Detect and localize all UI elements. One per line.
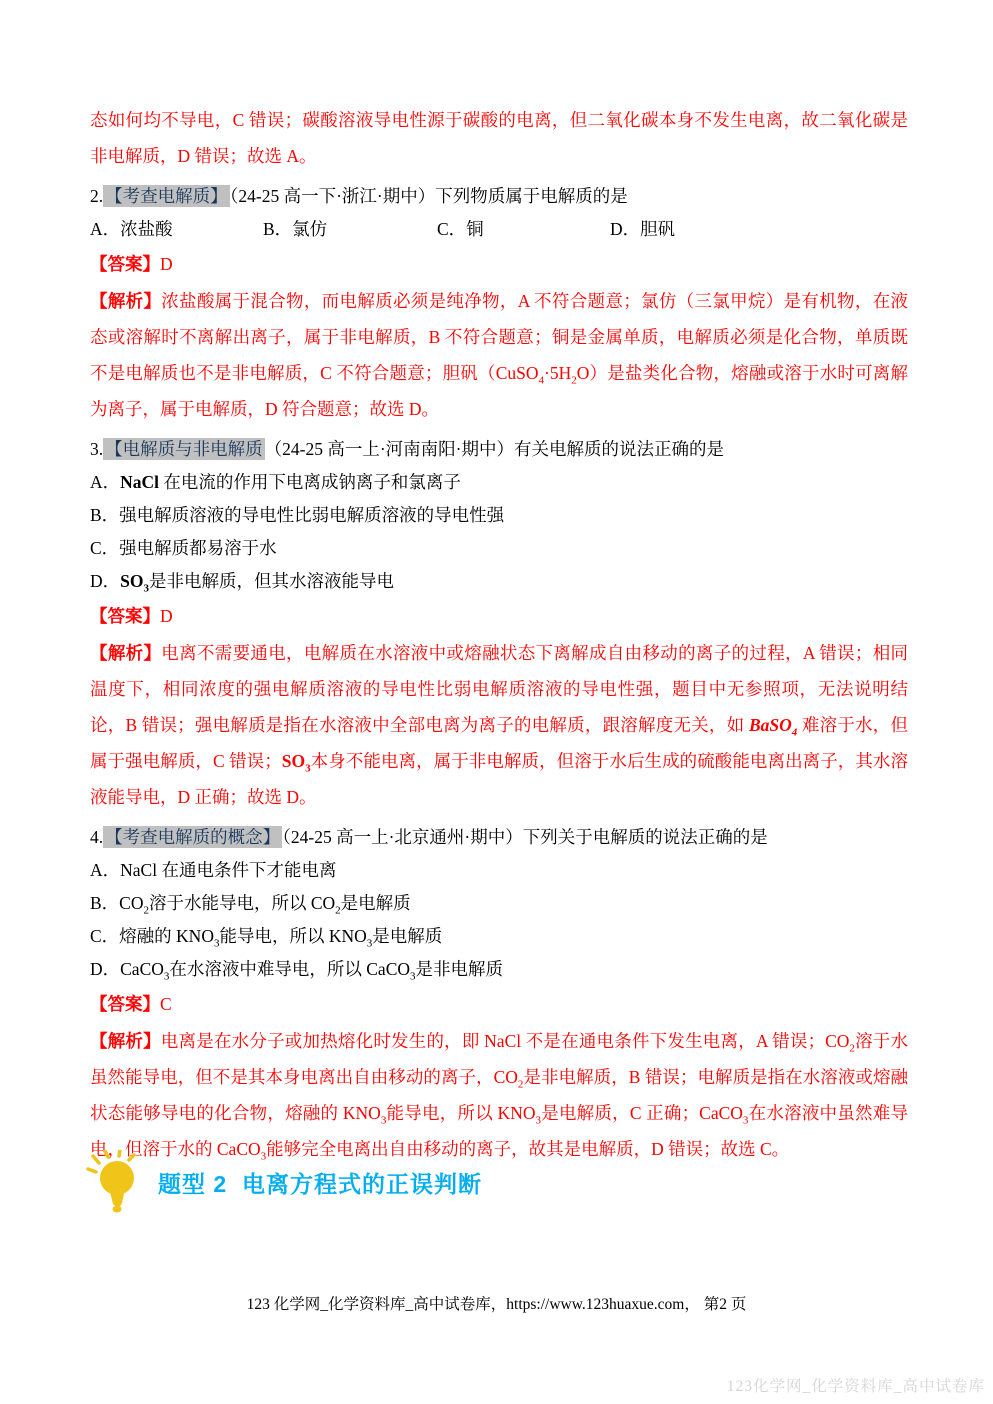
question-4-option-d: D．CaCO3在水溶液中难导电，所以 CaCO3是非电解质	[90, 953, 908, 986]
text-segment: 是电解质，C 正确；CaCO	[541, 1103, 743, 1123]
question-3-analysis: 【解析】电离不需要通电，电解质在水溶液中或熔融状态下离解成自由移动的离子的过程，…	[90, 635, 908, 815]
analysis-continued-paragraph: 态如何均不导电，C 错误；碳酸溶液导电性源于碳酸的电离，但二氧化碳本身不发生电离…	[90, 102, 908, 174]
question-3-option-c: C．强电解质都易溶于水	[90, 532, 908, 565]
question-3-heading: 3.【电解质与非电解质（24-25 高一上·河南南阳·期中）有关电解质的说法正确…	[90, 432, 908, 466]
page-footer: 123 化学网_化学资料库_高中试卷库，https://www.123huaxu…	[0, 1292, 993, 1314]
text-segment: 电离是在水分子或加热熔化时发生的，即 NaCl 不是在通电条件下发生电离，A 错…	[161, 1031, 850, 1051]
text-segment: D	[160, 606, 173, 626]
text-segment: 【答案】	[90, 994, 160, 1014]
option: B．氯仿	[263, 213, 437, 246]
text-segment: B．强电解质溶液的导电性比弱电解质溶液的导电性强	[90, 505, 504, 525]
text-segment: 3.	[90, 439, 103, 459]
text-segment: A．NaCl 在通电条件下才能电离	[90, 860, 336, 880]
footer-url: https://www.123huaxue.com	[506, 1296, 684, 1313]
question-4-answer: 【答案】C	[90, 988, 908, 1021]
question-4-heading: 4.【考查电解质的概念】（24-25 高一上·北京通州·期中）下列关于电解质的说…	[90, 820, 908, 854]
text-segment: 能导电，所以 KNO	[386, 1103, 535, 1123]
question-4-analysis: 【解析】电离是在水分子或加热熔化时发生的，即 NaCl 不是在通电条件下发生电离…	[90, 1023, 908, 1167]
section-heading-text: 题型 2 电离方程式的正误判断	[158, 1166, 482, 1199]
question-2-options: A．浓盐酸B．氯仿C．铜D．胆矾	[90, 213, 908, 246]
question-3-option-d: D．SO3是非电解质，但其水溶液能导电	[90, 565, 908, 598]
question-tag: 【电解质与非电解质	[103, 438, 265, 460]
text-segment: 2.	[90, 186, 103, 206]
option: C．铜	[437, 213, 610, 246]
text-segment: C	[160, 994, 172, 1014]
text-segment: ·5H	[544, 363, 571, 383]
text-segment: 溶于水能导电，所以 CO	[149, 893, 335, 913]
question-2-answer: 【答案】D	[90, 248, 908, 281]
question-tag: 【考查电解质】	[103, 185, 230, 207]
section-title: 电离方程式的正误判断	[242, 1171, 482, 1197]
footer-page-number: ， 第2 页	[684, 1296, 746, 1313]
question-4-option-c: C．熔融的 KNO3能导电，所以 KNO3是电解质	[90, 920, 908, 953]
text-segment: （24-25 高一上·北京通州·期中）下列关于电解质的说法正确的是	[282, 827, 768, 847]
text-segment: （24-25 高一上·河南南阳·期中）有关电解质的说法正确的是	[265, 439, 724, 459]
text-segment: 【解析】	[90, 291, 161, 311]
question-tag: 【考查电解质的概念】	[103, 826, 282, 848]
text-segment: D	[160, 254, 173, 274]
text-segment: SO	[120, 571, 143, 591]
question-4-option-a: A．NaCl 在通电条件下才能电离	[90, 854, 908, 887]
question-3-answer: 【答案】D	[90, 600, 908, 633]
document-body: 态如何均不导电，C 错误；碳酸溶液导电性源于碳酸的电离，但二氧化碳本身不发生电离…	[90, 102, 908, 1167]
text-segment: D．	[90, 571, 120, 591]
question-3-option-b: B．强电解质溶液的导电性比弱电解质溶液的导电性强	[90, 499, 908, 532]
text-segment: NaCl	[120, 472, 159, 492]
lightbulb-icon	[86, 1150, 142, 1214]
text-segment: B．CO	[90, 893, 143, 913]
text-segment: 4.	[90, 827, 103, 847]
text-segment: C．强电解质都易溶于水	[90, 538, 277, 558]
text-segment: 能导电，所以 KNO	[219, 926, 366, 946]
text-segment: 在水溶液中难导电，所以 CaCO	[169, 959, 410, 979]
text-segment: 【解析】	[90, 1031, 161, 1051]
question-2-heading: 2.【考查电解质】（24-25 高一下·浙江·期中）下列物质属于电解质的是	[90, 179, 908, 213]
text-segment: SO	[282, 751, 305, 771]
text-segment: 在电流的作用下电离成钠离子和氯离子	[159, 472, 461, 492]
option: A．浓盐酸	[90, 213, 263, 246]
text-segment: BaSO	[749, 715, 792, 735]
text-segment: 【答案】	[90, 254, 160, 274]
text-segment: 是非电解质，但其水溶液能导电	[149, 571, 394, 591]
question-4-option-b: B．CO2溶于水能导电，所以 CO2是电解质	[90, 887, 908, 920]
text-segment: C．熔融的 KNO	[90, 926, 214, 946]
question-2-analysis: 【解析】浓盐酸属于混合物，而电解质必须是纯净物，A 不符合题意；氯仿（三氯甲烷）…	[90, 283, 908, 427]
question-3-option-a: A．NaCl 在电流的作用下电离成钠离子和氯离子	[90, 466, 908, 499]
text-segment: 是电解质	[372, 926, 442, 946]
text-segment: 是电解质	[341, 893, 411, 913]
text-segment: 态如何均不导电，C 错误；碳酸溶液导电性源于碳酸的电离，但二氧化碳本身不发生电离…	[90, 110, 908, 166]
watermark: 123化学网_化学资料库_高中试卷库	[727, 1374, 985, 1396]
text-segment: 是非电解质	[416, 959, 504, 979]
section-heading: 题型 2 电离方程式的正误判断	[86, 1150, 482, 1214]
section-label: 题型 2	[158, 1171, 227, 1197]
document-page: 态如何均不导电，C 错误；碳酸溶液导电性源于碳酸的电离，但二氧化碳本身不发生电离…	[0, 0, 993, 1404]
text-segment: A．	[90, 472, 120, 492]
text-segment: 【解析】	[90, 643, 161, 663]
text-segment: D．CaCO	[90, 959, 164, 979]
text-segment: 【答案】	[90, 606, 160, 626]
text-segment: （24-25 高一下·浙江·期中）下列物质属于电解质的是	[230, 186, 628, 206]
footer-site-name: 123 化学网_化学资料库_高中试卷库，	[247, 1296, 507, 1313]
option: D．胆矾	[610, 213, 675, 246]
